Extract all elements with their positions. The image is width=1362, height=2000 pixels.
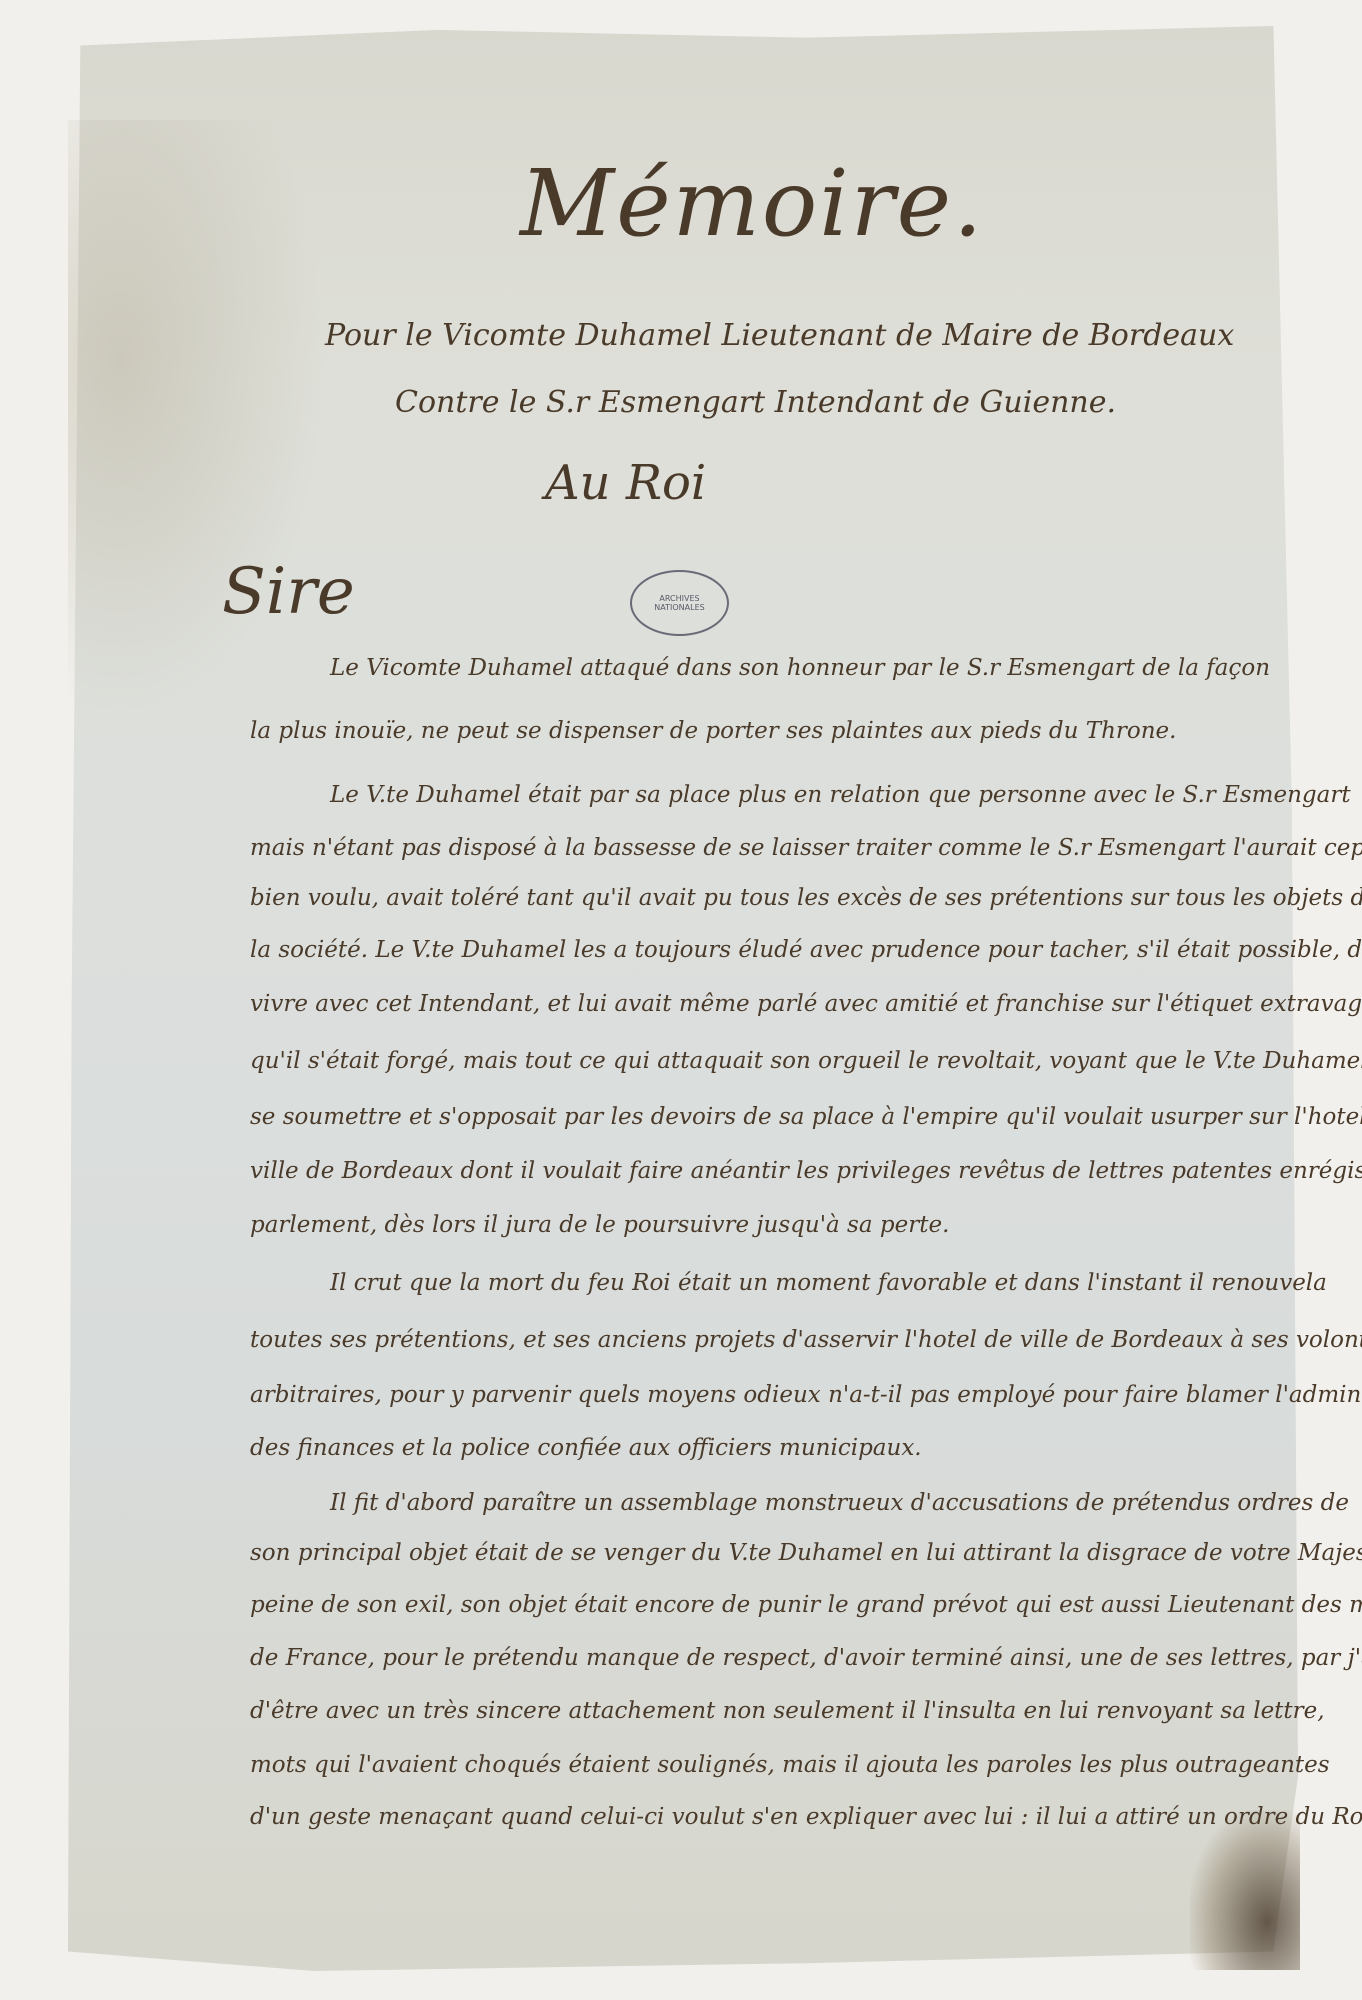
addressee: Au Roi bbox=[545, 455, 706, 511]
body-line: ville de Bordeaux dont il voulait faire … bbox=[250, 1158, 1362, 1184]
body-line: son principal objet était de se venger d… bbox=[250, 1540, 1362, 1566]
subtitle-line-1: Pour le Vicomte Duhamel Lieutenant de Ma… bbox=[325, 318, 1234, 353]
stamp-line-1: ARCHIVES bbox=[659, 594, 699, 603]
body-line: qu'il s'était forgé, mais tout ce qui at… bbox=[250, 1048, 1362, 1074]
body-line: se soumettre et s'opposait par les devoi… bbox=[250, 1104, 1362, 1130]
body-line: Le Vicomte Duhamel attaqué dans son honn… bbox=[330, 655, 1270, 681]
body-line: toutes ses prétentions, et ses anciens p… bbox=[250, 1327, 1362, 1353]
body-line: la plus inouïe, ne peut se dispenser de … bbox=[250, 718, 1176, 744]
body-line: vivre avec cet Intendant, et lui avait m… bbox=[250, 991, 1362, 1017]
body-line: la société. Le V.te Duhamel les a toujou… bbox=[250, 937, 1362, 963]
body-line: d'un geste menaçant quand celui-ci voulu… bbox=[250, 1804, 1362, 1830]
body-line: de France, pour le prétendu manque de re… bbox=[250, 1645, 1362, 1671]
body-line: mais n'étant pas disposé à la bassesse d… bbox=[250, 835, 1362, 861]
body-line: mots qui l'avaient choqués étaient souli… bbox=[250, 1752, 1330, 1778]
body-line: Il fit d'abord paraître un assemblage mo… bbox=[330, 1490, 1349, 1516]
body-line: Le V.te Duhamel était par sa place plus … bbox=[330, 782, 1351, 808]
salutation: Sire bbox=[222, 555, 355, 629]
body-line: arbitraires, pour y parvenir quels moyen… bbox=[250, 1382, 1362, 1408]
body-line: peine de son exil, son objet était encor… bbox=[250, 1592, 1362, 1618]
body-line: d'être avec un très sincere attachement … bbox=[250, 1698, 1325, 1724]
body-line: parlement, dès lors il jura de le poursu… bbox=[250, 1212, 949, 1238]
stamp-line-2: NATIONALES bbox=[654, 603, 704, 612]
body-line: bien voulu, avait toléré tant qu'il avai… bbox=[250, 885, 1362, 911]
body-line: Il crut que la mort du feu Roi était un … bbox=[330, 1270, 1327, 1296]
subtitle-line-2: Contre le S.r Esmengart Intendant de Gui… bbox=[395, 385, 1116, 420]
document-title: Mémoire. bbox=[520, 150, 984, 257]
paper-stain bbox=[68, 120, 328, 720]
archives-stamp: ARCHIVES NATIONALES bbox=[630, 570, 729, 636]
body-line: des finances et la police confiée aux of… bbox=[250, 1435, 922, 1461]
paper-damage-corner bbox=[1190, 1810, 1300, 1970]
